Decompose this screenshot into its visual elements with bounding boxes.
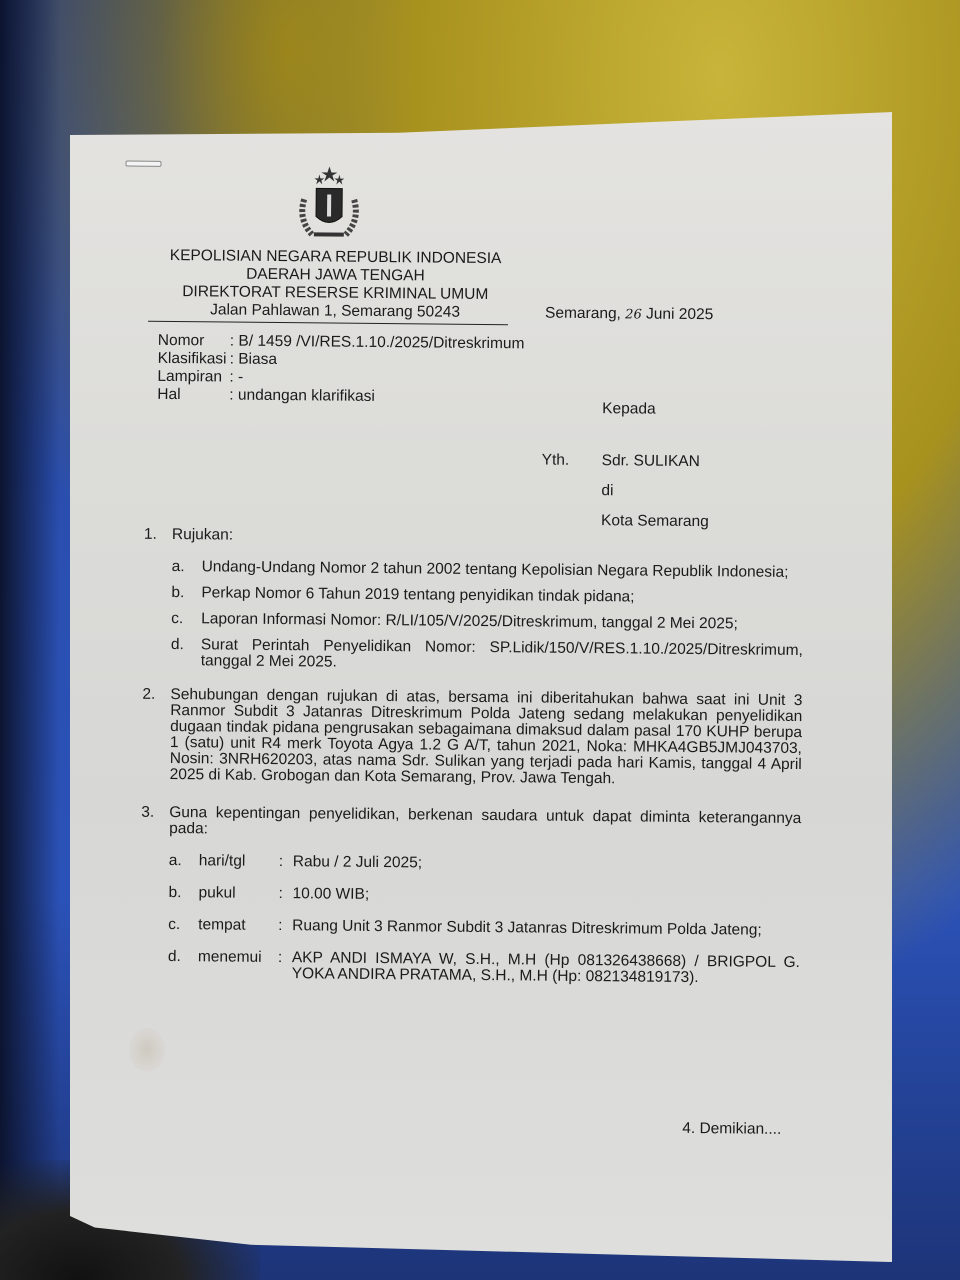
letter-body: 1. Rujukan: a.Undang-Undang Nomor 2 tahu… [140, 527, 804, 1001]
appointment-time: b.pukul:10.00 WIB; [168, 885, 800, 907]
reference-item: c.Laporan Informasi Nomor: R/LI/105/V/20… [171, 611, 803, 633]
recipient-di: di [601, 482, 613, 500]
date-place: Semarang, [545, 305, 621, 323]
org-address: Jalan Pahlawan 1, Semarang 50243 [160, 301, 510, 322]
recipient-yth: Yth. [542, 452, 570, 470]
recipient-kepada: Kepada [602, 400, 656, 419]
letter-paper: KEPOLISIAN NEGARA REPUBLIK INDONESIA DAE… [70, 112, 892, 1262]
meta-row-hal: Hal: undangan klarifikasi [157, 386, 524, 408]
date-month-year: Juni 2025 [646, 306, 713, 324]
recipient-city: Kota Semarang [601, 512, 709, 531]
paper-stain [129, 1028, 165, 1072]
background-cloth [0, 0, 60, 1280]
reference-item: b.Perkap Nomor 6 Tahun 2019 tentang peny… [171, 585, 803, 607]
reference-item: d.Surat Perintah Penyelidikan Nomor: SP.… [171, 637, 803, 675]
letterhead: KEPOLISIAN NEGARA REPUBLIK INDONESIA DAE… [160, 247, 511, 322]
letter-content: KEPOLISIAN NEGARA REPUBLIK INDONESIA DAE… [59, 112, 892, 1270]
letter-meta: Nomor: B/ 1459 /VI/RES.1.10./2025/Ditres… [157, 332, 524, 408]
police-crest-icon [284, 164, 375, 245]
continuation-text: 4. Demikian.... [682, 1120, 781, 1139]
section-2: 2. Sehubungan dengan rujukan di atas, be… [142, 687, 803, 789]
reference-item: a.Undang-Undang Nomor 2 tahun 2002 tenta… [172, 559, 804, 581]
section-3-text: Guna kepentingan penyelidikan, berkenan … [169, 805, 801, 843]
date-day-handwritten: 26 [625, 307, 642, 322]
appointment-day: a.hari/tgl:Rabu / 2 Juli 2025; [169, 853, 801, 875]
org-line-1: KEPOLISIAN NEGARA REPUBLIK INDONESIA [161, 247, 511, 268]
recipient-name: Sdr. SULIKAN [602, 452, 700, 471]
section-1-title: Rujukan: [172, 527, 804, 549]
section-3: 3. Guna kepentingan penyelidikan, berken… [140, 805, 802, 987]
appointment-place: c.tempat:Ruang Unit 3 Ranmor Subdit 3 Ja… [168, 917, 800, 939]
appointment-contact: d.menemui:AKP ANDI ISMAYA W, S.H., M.H (… [168, 949, 800, 987]
letter-date: Semarang, 26 Juni 2025 [545, 305, 713, 325]
staple-mark [125, 161, 161, 167]
section-2-text: Sehubungan dengan rujukan di atas, bersa… [170, 687, 803, 789]
section-1: 1. Rujukan: a.Undang-Undang Nomor 2 tahu… [143, 527, 804, 675]
